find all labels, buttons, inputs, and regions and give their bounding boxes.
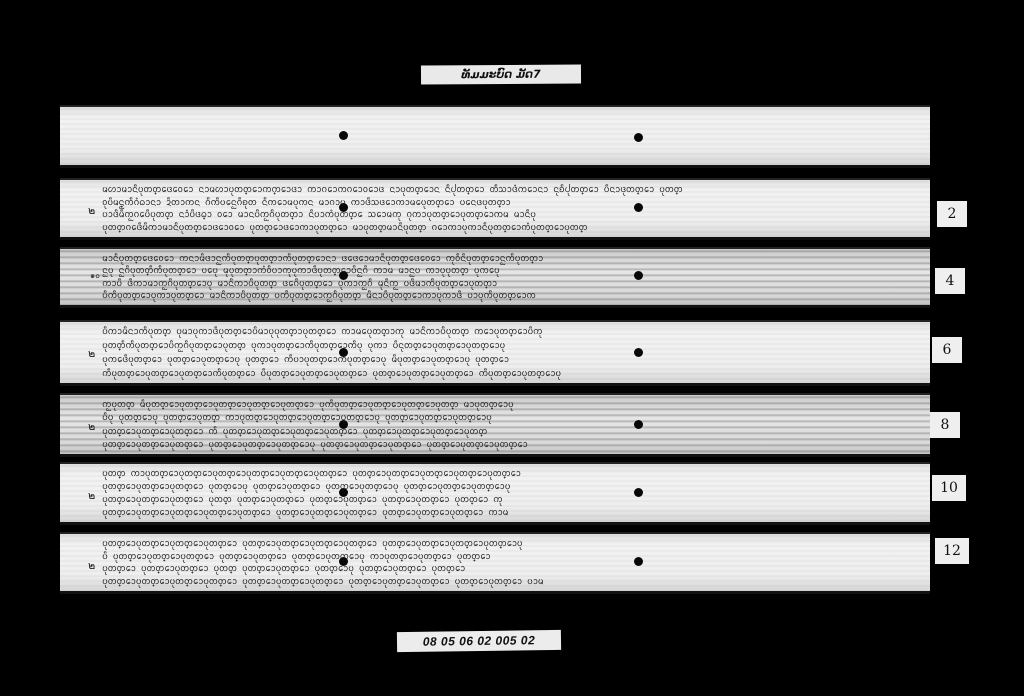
page-number-tag: 12 bbox=[935, 538, 969, 564]
text-line: ᨷᩩᨲ᩠ᨲᩮᩣᨷᩩᨲ᩠ᨲᩮᩣᨷᩩᨲ᩠ᨲᩮᩣ ᨠᩥ ᨷᩩᨲ᩠ᨲᩮᩣᨷᩩᨲ᩠ᨲᩮᩣᨷ… bbox=[102, 426, 916, 438]
text-line: ᨷᩩᨲ᩠ᨲᨣᩮᨴᩥᨾᩥᨠᩣᨾᩣᨶᩥᨷᩩᨲ᩠ᨲᩮᩣᨴᩮᩣᩅᩮᩣ ᨷᩩᨲ᩠ᨲᩮᩣᨴᩮ… bbox=[102, 222, 916, 234]
text-line: ᨷᩩᨲ᩠ᨲᩥᨠᩥᨷᩩᨲ᩠ᨲᩮᩣᨷᩥᨠᩬᨣᩥᨷᩩᨲ᩠ᨲᩮᩣᨷᩩᨲ᩠ᨲ ᨷᩩᨠᩣᨷᩩ… bbox=[102, 340, 916, 352]
manuscript-text: ᨷᩩᨲ᩠ᨲᩮᩣᨷᩩᨲ᩠ᨲᩮᩣᨷᩩᨲ᩠ᨲᩮᩣᨷᩩᨲ᩠ᨲᩮᩣ ᨷᩩᨲ᩠ᨲᩮᩣᨷᩩᨲ᩠… bbox=[102, 538, 916, 588]
text-line: ᨷᩥᨠᩣᨾᩥᨶᩣᨠᩥᨷᩩᨲ᩠ᨲ ᨷᩩᨾᩣᨷᩩᨠᩣᨴᩥᨷᩩᨲ᩠ᨲᩮᩣᨷᩥᨾᩣᨷᩩᨷ… bbox=[102, 326, 916, 338]
text-line: ᨷᩥ ᨷᩩᨲ᩠ᨲᩮᩣᨷᩩᨲ᩠ᨲᩮᩣᨷᩩᨲ᩠ᨲᩮᩣ ᨷᩩᨲ᩠ᨲᩮᩣᨷᩩᨲ᩠ᨲᩮᩣ … bbox=[102, 551, 916, 563]
text-line: ᨾᩉᩣᨾᩣᨶᩥᨷᩩᨲ᩠ᨲᩮᨴᩮᩅᩮᩣ ᨶᩣᨾᩉᩣᨷᩩᨲ᩠ᨲᩮᩣᨠ᩠ᨠᩮᩣᨴᩣ ᨠ… bbox=[102, 184, 916, 196]
folio-marker: ๒ bbox=[88, 344, 95, 362]
text-line: ᨷᩥᨷᩩ ᨷᩩᨲ᩠ᨲᩮᩣᨷᩩ ᨷᩩᨲ᩠ᨲᩮᩣᨷᩩᨲ᩠ᨲ ᨠᩣᨷᩩᨲ᩠ᨲᩮᩣᨷᩩᨲ… bbox=[102, 412, 916, 424]
archive-id-label: 08 05 06 02 005 02 bbox=[397, 630, 561, 652]
page-number-tag: 6 bbox=[932, 337, 962, 363]
text-line: ᨷᩩᨲ᩠ᨲᩮᩣᨷᩩᨲ᩠ᨲᩮᩣᨷᩩᨲ᩠ᨲᩮᩣ ᨷᩩᨲ᩠ᨲᩮᩣᨷᩩᨲ᩠ᨲᩮᩣᨷᩩᨲ᩠… bbox=[102, 439, 916, 451]
text-line: ᨷᩣᨴᩥᨾᩥᨠᩬᨣᩮᨷᩥᨷᩩᨲ᩠ᨲ ᨶᩣᩴᨷᩥᨴ᩠ᨵᩣ ᩅᩮᩣ ᨾᩣᨶᨷᩥᨠᩬᨣ… bbox=[102, 209, 916, 221]
text-line: ᨠᩣᨷᩥ ᨴᩥᨠᩣᨾᩣᨠᩬᨣᩥᨷᩩᨲ᩠ᨲᩮᩣᨷᩩ ᨾᩣᨶᩥᨠᩣᨷᩥᨷᩩᨲ᩠ᨲ ᨴ… bbox=[102, 278, 916, 290]
page-number-tag: 2 bbox=[937, 201, 967, 227]
text-line: ᨷᩩᨲ᩠ᨲᩮᩣᨷᩩᨲ᩠ᨲᩮᩣᨷᩩᨲ᩠ᨲᩮᩣ ᨷᩩᨲ᩠ᨲᩮᩣᨷᩩ ᨷᩩᨲ᩠ᨲᩮᩣᨷ… bbox=[102, 481, 916, 493]
manuscript-text: ᨷᩩᨲ᩠ᨲ ᨠᩣᨷᩩᨲ᩠ᨲᩮᩣᨷᩩᨲ᩠ᨲᩮᩣᨷᩩᨲ᩠ᨲᩮᩣᨷᩩᨲ᩠ᨲᩮᩣᨷᩩᨲ᩠… bbox=[102, 468, 916, 519]
palm-leaf-4: ๒ ᨠᩬᨷᩩᨲ᩠ᨲ ᨾᩥᨷᩩᨲ᩠ᨲᩮᩣᨷᩩᨲ᩠ᨲᩮᩣᨷᩩᨲ᩠ᨲᩮᩣᨷᩩᨲ᩠ᨲᩮᩣ… bbox=[60, 393, 930, 457]
palm-leaf-1: ๒ ᨾᩉᩣᨾᩣᨶᩥᨷᩩᨲ᩠ᨲᩮᨴᩮᩅᩮᩣ ᨶᩣᨾᩉᩣᨷᩩᨲ᩠ᨲᩮᩣᨠ᩠ᨠᩮᩣᨴᩣ… bbox=[60, 178, 930, 240]
folio-marker: ๒ bbox=[88, 201, 95, 219]
palm-leaf-cover bbox=[60, 105, 930, 168]
folio-marker: ๒ bbox=[88, 556, 95, 574]
string-hole-left bbox=[339, 131, 348, 140]
text-line: ᩅᩩᨷᩥᨾ᩠ᨶᩬᨠᩥᨣᩴᨵᩣᨶᩣ ᨯᩥᨲᩣᨠᨶ ᨣᩥᨠᩥᨷᩮᨶᩬᨣᩥᨧᩩᨲ ᨶᩥ… bbox=[102, 197, 916, 209]
text-line: ᨷᩩᨲ᩠ᨲᩮᩣᨷᩩᨲ᩠ᨲᩮᩣᨷᩩᨲ᩠ᨲᩮᩣᨷᩩᨲ᩠ᨲᩮᩣ ᨷᩩᨲ᩠ᨲᩮᩣᨷᩩᨲ᩠… bbox=[102, 576, 916, 588]
page-number-tag: 10 bbox=[932, 475, 966, 501]
text-line: ᨾᩣᨶᩥᨷᩩᨲ᩠ᨲᩮᨴᩮᩅᩮᩣ ᨠᨶᩣᨾᩥᨴᩣᨶᩬᨠᩥᨷᩩᨲ᩠ᨲᨷᩩᨲ᩠ᨲᩣᨠᩥ… bbox=[102, 253, 916, 265]
collection-title-label: ທັມມະບົດ ມັດ7 bbox=[421, 64, 581, 84]
page-number-tag: 8 bbox=[930, 412, 960, 438]
manuscript-text: ᨠᩬᨷᩩᨲ᩠ᨲ ᨾᩥᨷᩩᨲ᩠ᨲᩮᩣᨷᩩᨲ᩠ᨲᩮᩣᨷᩩᨲ᩠ᨲᩮᩣᨷᩩᨲ᩠ᨲᩮᩣᨷᩩ… bbox=[102, 399, 916, 451]
text-line: ᨷᩩᨲ᩠ᨲᩮᩣᨷᩩᨲ᩠ᨲᩮᩣᨷᩩᨲ᩠ᨲᩮᩣᨷᩩᨲ᩠ᨲᩮᩣᨷᩩᨲ᩠ᨲᩮᩣ ᨷᩩᨲ᩠… bbox=[102, 507, 916, 519]
text-line: ᨠᩥᨷᩩᨲ᩠ᨲᩮᩣᨷᩩᨲ᩠ᨲᩮᩣᨷᩩᨲ᩠ᨲᩮᩣᨠᩥᨷᩩᨲ᩠ᨲᩮᩣ ᨷᩥᨷᩩᨲ᩠ᨲ… bbox=[102, 368, 916, 380]
text-line: ᨠᩬᨷᩩᨲ᩠ᨲ ᨾᩥᨷᩩᨲ᩠ᨲᩮᩣᨷᩩᨲ᩠ᨲᩮᩣᨷᩩᨲ᩠ᨲᩮᩣᨷᩩᨲ᩠ᨲᩮᩣᨷᩩ… bbox=[102, 399, 916, 411]
text-line: ᨷᩩᨲ᩠ᨲᩮᩣᨷᩩᨲ᩠ᨲᩮᩣᨷᩩᨲ᩠ᨲᩮᩣ ᨷᩩᨲ᩠ᨲ ᨷᩩᨲ᩠ᨲᩮᩣᨷᩩᨲ᩠ᨲ… bbox=[102, 494, 916, 506]
manuscript-text: ᨾᩉᩣᨾᩣᨶᩥᨷᩩᨲ᩠ᨲᩮᨴᩮᩅᩮᩣ ᨶᩣᨾᩉᩣᨷᩩᨲ᩠ᨲᩮᩣᨠ᩠ᨠᩮᩣᨴᩣ ᨠ… bbox=[102, 184, 916, 234]
string-hole-right bbox=[634, 133, 643, 142]
text-line: ᨷᩩᨲ᩠ᨲ ᨠᩣᨷᩩᨲ᩠ᨲᩮᩣᨷᩩᨲ᩠ᨲᩮᩣᨷᩩᨲ᩠ᨲᩮᩣᨷᩩᨲ᩠ᨲᩮᩣᨷᩩᨲ᩠… bbox=[102, 468, 916, 480]
text-line: ᨶᩬᨷᩩ ᨶᩬᨣᩥᨷᩩᨲ᩠ᨲᩥᨠᩥᨷᩩᨲ᩠ᨲᩮᩣ ᨷᩮᨷᩩ ᨾᩩᨷᩩᨲ᩠ᨲᩣᨠᩴ… bbox=[102, 265, 916, 277]
manuscript-text: ᨾᩣᨶᩥᨷᩩᨲ᩠ᨲᩮᨴᩮᩅᩮᩣ ᨠᨶᩣᨾᩥᨴᩣᨶᩬᨠᩥᨷᩩᨲ᩠ᨲᨷᩩᨲ᩠ᨲᩣᨠᩥ… bbox=[102, 253, 916, 302]
page-number-tag: 4 bbox=[935, 268, 965, 294]
palm-leaf-6: ๒ ᨷᩩᨲ᩠ᨲᩮᩣᨷᩩᨲ᩠ᨲᩮᩣᨷᩩᨲ᩠ᨲᩮᩣᨷᩩᨲ᩠ᨲᩮᩣ ᨷᩩᨲ᩠ᨲᩮᩣᨷᩩ… bbox=[60, 532, 930, 594]
text-line: ᨷᩩᨠᩮᨴᩥᨷᩩᨲ᩠ᨲᩮᩣ ᨷᩩᨲ᩠ᨲᩮᩣᨷᩩᨲ᩠ᨲᩮᩣᨷᩩ ᨷᩩᨲ᩠ᨲᩮᩣ ᨠ… bbox=[102, 354, 916, 366]
folio-marker: ๑๐ bbox=[90, 269, 100, 282]
manuscript-text: ᨷᩥᨠᩣᨾᩥᨶᩣᨠᩥᨷᩩᨲ᩠ᨲ ᨷᩩᨾᩣᨷᩩᨠᩣᨴᩥᨷᩩᨲ᩠ᨲᩮᩣᨷᩥᨾᩣᨷᩩᨷ… bbox=[102, 326, 916, 380]
folio-marker: ๒ bbox=[88, 417, 95, 435]
text-line: ᨷᩩᨲ᩠ᨲᩮᩣ ᨷᩩᨲ᩠ᨲᩮᩣᨷᩩᨲ᩠ᨲᩮᩣ ᨷᩩᨲ᩠ᨲ ᨷᩩᨲ᩠ᨲᩮᩣᨷᩩᨲ᩠… bbox=[102, 563, 916, 575]
palm-leaf-2: ๑๐ ᨾᩣᨶᩥᨷᩩᨲ᩠ᨲᩮᨴᩮᩅᩮᩣ ᨠᨶᩣᨾᩥᨴᩣᨶᩬᨠᩥᨷᩩᨲ᩠ᨲᨷᩩᨲ᩠ᨲ… bbox=[60, 247, 930, 308]
text-line: ᨷᩩᨲ᩠ᨲᩮᩣᨷᩩᨲ᩠ᨲᩮᩣᨷᩩᨲ᩠ᨲᩮᩣᨷᩩᨲ᩠ᨲᩮᩣ ᨷᩩᨲ᩠ᨲᩮᩣᨷᩩᨲ᩠… bbox=[102, 538, 916, 550]
text-line: ᨷᩥᨠᩥᨷᩩᨲ᩠ᨲᩮᩣᨷᩩᨠᩣᨷᩩᨲ᩠ᨲᩮᩣ ᨾᩣᨶᩥᨠᩣᨷᩥᨷᩩᨲ᩠ᨲ ᨷᨠᩥ… bbox=[102, 290, 916, 302]
palm-leaf-3: ๒ ᨷᩥᨠᩣᨾᩥᨶᩣᨠᩥᨷᩩᨲ᩠ᨲ ᨷᩩᨾᩣᨷᩩᨠᩣᨴᩥᨷᩩᨲ᩠ᨲᩮᩣᨷᩥᨾᩣᨷ… bbox=[60, 320, 930, 386]
palm-leaf-5: ๒ ᨷᩩᨲ᩠ᨲ ᨠᩣᨷᩩᨲ᩠ᨲᩮᩣᨷᩩᨲ᩠ᨲᩮᩣᨷᩩᨲ᩠ᨲᩮᩣᨷᩩᨲ᩠ᨲᩮᩣᨷᩩ… bbox=[60, 462, 930, 525]
folio-marker: ๒ bbox=[88, 486, 95, 504]
